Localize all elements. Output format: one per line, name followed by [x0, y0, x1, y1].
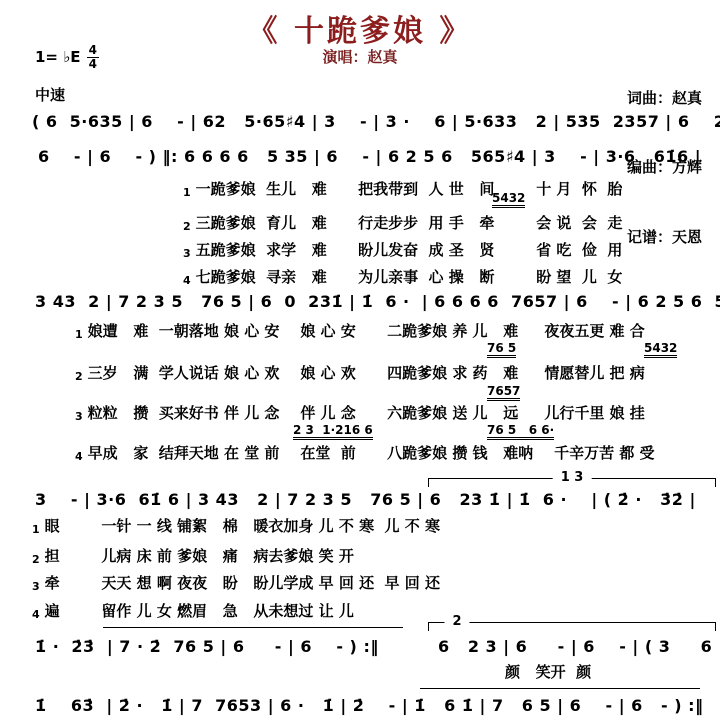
verse-number: 1 — [75, 328, 83, 341]
volta-bracket-1-3: 1 3 — [428, 478, 716, 487]
grace-notes: 5432 — [492, 192, 525, 208]
transcriber-credit: 记谱：天恩 — [627, 226, 702, 249]
volta-label: 1 3 — [553, 470, 592, 485]
verse-text: 粒粒 攒 买来好书 伴 儿 念 伴 儿 念 六跪爹娘 送 儿 远 儿行千里 娘 … — [88, 404, 645, 422]
grace-notes: 76 5 — [487, 342, 516, 358]
verse-text: 三岁 满 学人说话 娘 心 欢 娘 心 欢 四跪爹娘 求 药 难 情愿替儿 把 … — [88, 364, 645, 382]
slur-line — [420, 688, 700, 689]
verse-text: 娘遭 难 一朝落地 娘 心 安 娘 心 安 二跪爹娘 养 儿 难 夜夜五更 难 … — [88, 322, 645, 340]
verse2-row-3: 3粒粒 攒 买来好书 伴 儿 念 伴 儿 念 六跪爹娘 送 儿 远 儿行千里 娘… — [75, 402, 645, 423]
verse1-row-4: 4七跪爹娘 寻亲 难 为儿亲事 心 操 断 盼 望 儿 女 — [183, 266, 622, 287]
music-line-6: 1̇ 63̇ | 2̇ · 1̇ | 7 7653 | 6 · 1̇ | 2̇ … — [35, 696, 703, 715]
verse-number: 1 — [32, 523, 40, 536]
verse-number: 3 — [183, 247, 191, 260]
coda-lyric: 颜 笑开 颜 — [505, 661, 591, 682]
verse3-row-1: 1眼 一针 一 线 铺絮 棉 暖衣加身 儿 不 寒 儿 不 寒 — [32, 515, 440, 536]
grace-notes: 2 3 1·216 6 — [293, 424, 373, 440]
verse1-row-2: 2三跪爹娘 育儿 难 行走步步 用 手 牵 会 说 会 走 — [183, 212, 622, 233]
verse-number: 4 — [183, 274, 191, 287]
verse1-row-3: 3五跪爹娘 求学 难 盼儿发奋 成 圣 贤 省 吃 俭 用 — [183, 239, 622, 260]
verse-text: 牵 天天 想 啊 夜夜 盼 盼儿学成 早 回 还 早 回 还 — [45, 574, 440, 592]
verse-text: 担 儿病 床 前 爹娘 痛 病去爹娘 笑 开 — [45, 547, 354, 565]
music-line-5-left: 1̇ · 2̇3̇ | 7 · 2̇ 76 5 | 6 - | 6 - ) :‖ — [35, 637, 379, 656]
verse-number: 3 — [75, 410, 83, 423]
lyricist-credit: 词曲：赵真 — [627, 87, 702, 110]
grace-notes: 7657 — [487, 385, 520, 401]
verse2-row-1: 1娘遭 难 一朝落地 娘 心 安 娘 心 安 二跪爹娘 养 儿 难 夜夜五更 难… — [75, 320, 645, 341]
verse3-row-2: 2担 儿病 床 前 爹娘 痛 病去爹娘 笑 开 — [32, 545, 354, 566]
verse3-row-3: 3牵 天天 想 啊 夜夜 盼 盼儿学成 早 回 还 早 回 还 — [32, 572, 440, 593]
music-line-1: ( 6 5·635 | 6 - | 62 5·65♯4 | 3 - | 3 · … — [32, 112, 720, 131]
verse-text: 三跪爹娘 育儿 难 行走步步 用 手 牵 会 说 会 走 — [196, 214, 623, 232]
music-line-3: 3 43 2 | 7 2 3 5 76 5 | 6 0 231̇ | 1̇ 6 … — [35, 292, 720, 311]
music-line-5-right: 6 2 3 | 6 - | 6 - | ( 3 6 | — [438, 637, 720, 656]
verse-text: 早成 家 结拜天地 在 堂 前 在堂 前 八跪爹娘 攒 钱 难呐 千辛万苦 都 … — [88, 444, 655, 462]
verse-text: 眼 一针 一 线 铺絮 棉 暖衣加身 儿 不 寒 儿 不 寒 — [45, 517, 440, 535]
key-signature: 1= ♭E 4 4 — [35, 44, 99, 70]
verse-number: 3 — [32, 580, 40, 593]
time-signature-denominator: 4 — [89, 58, 97, 71]
tempo-marking: 中速 — [35, 84, 65, 105]
verse2-row-2: 2三岁 满 学人说话 娘 心 欢 娘 心 欢 四跪爹娘 求 药 难 情愿替儿 把… — [75, 362, 645, 383]
verse3-row-4: 4遍 留作 儿 女 燃眉 急 从未想过 让 儿 — [32, 600, 354, 621]
sheet-music-page: 《 十跪爹娘 》 演唱：赵真 1= ♭E 4 4 词曲：赵真 编曲：方辉 记谱：… — [0, 0, 720, 720]
slur-line — [103, 627, 403, 628]
verse-number: 2 — [32, 553, 40, 566]
verse-number: 1 — [183, 186, 191, 199]
verse-text: 五跪爹娘 求学 难 盼儿发奋 成 圣 贤 省 吃 俭 用 — [196, 241, 623, 259]
verse2-row-4: 4早成 家 结拜天地 在 堂 前 在堂 前 八跪爹娘 攒 钱 难呐 千辛万苦 都… — [75, 442, 655, 463]
verse1-row-1: 1一跪爹娘 生儿 难 把我带到 人 世 间 十 月 怀 胎 — [183, 178, 622, 199]
grace-notes: 5432 — [644, 342, 677, 358]
verse-number: 4 — [75, 450, 83, 463]
song-title: 《 十跪爹娘 》 — [0, 6, 720, 50]
time-signature-numerator: 4 — [87, 44, 99, 58]
volta-bracket-2: 2 — [428, 622, 716, 631]
music-line-4: 3 - | 3·6 61̇ 6 | 3 43 2 | 7 2 3 5 76 5 … — [35, 490, 696, 509]
verse-text: 遍 留作 儿 女 燃眉 急 从未想过 让 儿 — [45, 602, 354, 620]
volta-label: 2 — [444, 614, 469, 629]
verse-text: 七跪爹娘 寻亲 难 为儿亲事 心 操 断 盼 望 儿 女 — [196, 268, 623, 286]
verse-number: 2 — [183, 220, 191, 233]
verse-number: 2 — [75, 370, 83, 383]
verse-text: 一跪爹娘 生儿 难 把我带到 人 世 间 十 月 怀 胎 — [196, 180, 623, 198]
performer-credit: 演唱：赵真 — [0, 46, 720, 67]
time-signature: 4 4 — [87, 44, 99, 70]
grace-notes: 76 5 6 6· — [487, 424, 554, 440]
credits-block: 词曲：赵真 编曲：方辉 记谱：天恩 — [627, 40, 702, 296]
key-label: 1= ♭E — [35, 48, 81, 66]
verse-number: 4 — [32, 608, 40, 621]
music-line-2: 6 - | 6 - ) ‖: 6 6 6 6 5 35 | 6 - | 6 2 … — [38, 147, 701, 166]
